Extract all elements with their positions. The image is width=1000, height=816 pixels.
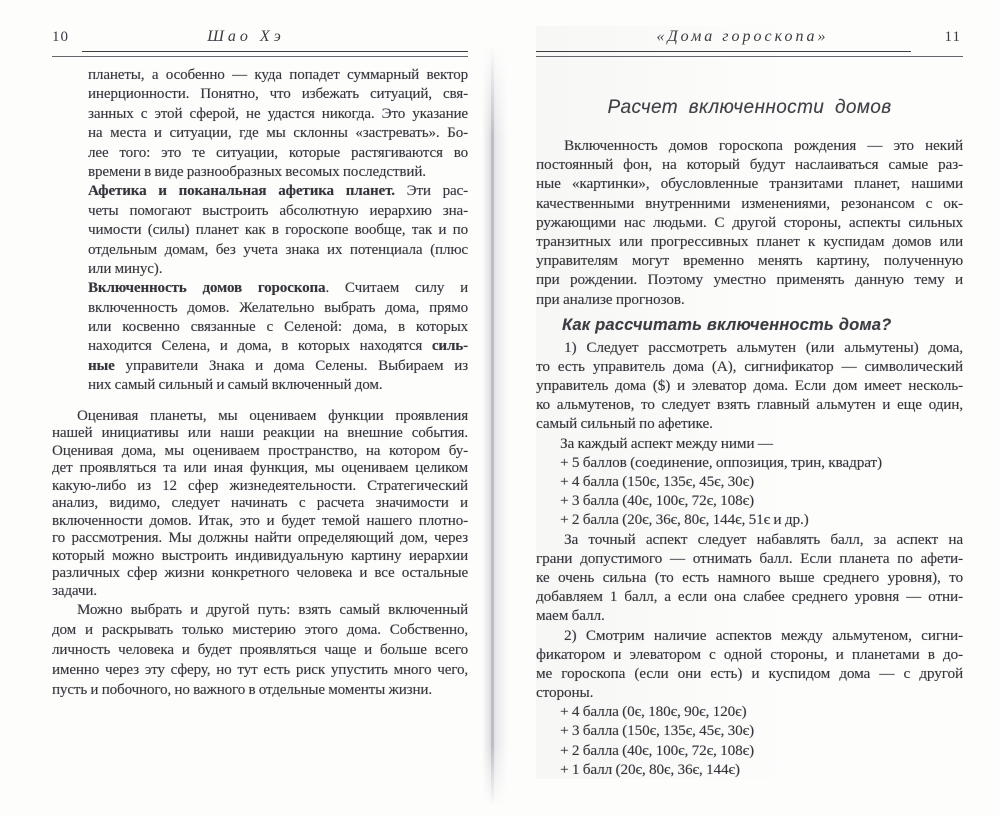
text-line: лее того: это те ситуации, которые растя… [88, 144, 468, 163]
text-block-para: Оценивая планеты, мы оцениваем функции п… [52, 408, 468, 601]
text-line: + 5 баллов (соединение, оппозиция, трин,… [536, 453, 963, 472]
text-line: отдельным домам, без учета знака их поте… [88, 241, 468, 260]
text-line: какую-либо из 12 сфер жизнедеятельности.… [52, 478, 468, 496]
text-line: или минус). [88, 260, 468, 279]
page-right-body: Расчет включенности домовВключенность до… [536, 97, 963, 779]
text-line: анализ, видимо, следует начинать с расче… [52, 495, 468, 513]
header-rule-lower [536, 56, 963, 57]
text-line: постоянный фон, на который будут наслаив… [536, 155, 963, 174]
text-line: на места и ситуации, где мы склонны «зас… [88, 124, 468, 143]
text-line: ко альмутенов, то следует взять главный … [536, 395, 963, 414]
text-block-list: + 4 балла (0є, 180є, 90є, 120є)+ 3 балла… [536, 702, 963, 779]
text-line: времени в виде разнообразных весомых пос… [88, 163, 468, 182]
text-line: Включенность домов гороскопа рождения — … [536, 136, 963, 155]
text-line: го рассмотрения. Мы должны найти определ… [52, 530, 468, 548]
text-line: управитель дома ($) и элеватор дома. Есл… [536, 376, 963, 395]
text-line: ружающими нас людьми. С другой стороны, … [536, 213, 963, 232]
text-line: личность человека и будет проявляться ча… [52, 640, 468, 660]
page-left-header: 10 Шао Хэ [52, 26, 468, 50]
bold-text: ные [88, 358, 115, 374]
text-line: различных сфер жизни конкретного человек… [52, 565, 468, 583]
text-line: четы помогают выстроить абсолютную иерар… [88, 202, 468, 221]
page-right: «Дома гороскопа» 11 Расчет включенности … [536, 26, 963, 779]
text-line: дет проявляться та или иная функция, мы … [52, 460, 468, 478]
bold-text: Включенность домов гороскопа [88, 280, 325, 296]
text-block-para: За точный аспект следует набавлять балл,… [536, 530, 963, 626]
section-subheading: Как рассчитать включенность дома? [536, 316, 963, 338]
text-line: при рождении. Поэтому уместно применять … [536, 270, 963, 289]
text-line: планеты, а особенно — куда попадет сумма… [88, 66, 468, 85]
text-line: включенность домов. Желательно выбрать д… [88, 299, 468, 318]
text-line: 2) Смотрим наличие аспектов между альмут… [536, 626, 963, 645]
text-line: + 4 балла (0є, 180є, 90є, 120є) [536, 702, 963, 721]
text-line: 1) Следует рассмотреть альмутен (или аль… [536, 338, 963, 357]
text-line: именно через эту сферу, но тут есть риск… [52, 660, 468, 680]
header-rule-lower [52, 56, 468, 57]
text-line: или косвенно связанные с Селеной: дома, … [88, 318, 468, 337]
text-segment: управители Знака и дома Селены. Выбираем… [115, 358, 468, 374]
text-line: + 2 балла (20є, 36є, 80є, 144є, 51є и др… [536, 510, 963, 529]
text-line: За каждый аспект между ними — [536, 434, 963, 453]
text-line: Можно выбрать и другой путь: взять самый… [52, 600, 468, 620]
text-segment: находится Селена, и дома, в которых нахо… [88, 338, 432, 354]
text-block-list: За каждый аспект между ними —+ 5 баллов … [536, 434, 963, 530]
text-line: управителям могут временно менять картин… [536, 251, 963, 270]
text-line: Оценивая дома, мы оцениваем пространство… [52, 443, 468, 461]
section-title: Расчет включенности домов [536, 97, 963, 119]
text-line: стороны. [536, 683, 963, 702]
text-line: + 2 балла (40є, 100є, 72є, 108є) [536, 741, 963, 760]
text-line: инерционности. Понятно, что избежать сит… [88, 85, 468, 104]
text-line: дом и раскрывать только мистерию этого д… [52, 620, 468, 640]
text-line: + 3 балла (150є, 135є, 45є, 30є) [536, 721, 963, 740]
text-line: самый сильный по афетике. [536, 414, 963, 433]
text-block-para: 1) Следует рассмотреть альмутен (или аль… [536, 338, 963, 434]
text-line: + 4 балла (150є, 135є, 45є, 30є) [536, 472, 963, 491]
text-block-plain: планеты, а особенно — куда попадет сумма… [88, 66, 468, 182]
text-line: находится Селена, и дома, в которых нахо… [88, 337, 468, 356]
page-number: 11 [945, 29, 961, 46]
text-line: Оценивая планеты, мы оцениваем функции п… [52, 408, 468, 426]
text-block-para: Включенность домов гороскопа рождения — … [536, 136, 963, 309]
page-left-body: планеты, а особенно — куда попадет сумма… [52, 66, 468, 700]
page-right-header: «Дома гороскопа» 11 [536, 26, 963, 50]
text-line: + 3 балла (40є, 100є, 72є, 108є) [536, 491, 963, 510]
text-line: который можно выстроить индивидуальную к… [52, 548, 468, 566]
text-line: ме гороскопа (если они есть) и куспидом … [536, 664, 963, 683]
text-line: включенности домов. Итак, это и будет те… [52, 513, 468, 531]
text-line: занных с этой сферой, не удастся никогда… [88, 105, 468, 124]
text-line: нашей инициативы или наши реакции на вне… [52, 425, 468, 443]
text-line: грани допустимого — отнимать балл. Если … [536, 549, 963, 568]
text-line: них самый сильный и самый включенный дом… [88, 376, 468, 395]
text-line: транзитных или прогрессивных планет к ку… [536, 232, 963, 251]
page-gutter-shadow [482, 46, 508, 806]
text-line: пусть и побочного, но важного в отдельны… [52, 680, 468, 700]
text-line: то есть управитель дома (А), сигнификато… [536, 357, 963, 376]
text-line: маем балл. [536, 606, 963, 625]
header-rule-upper [82, 51, 468, 52]
text-block-numbered: Включенность домов гороскопа. Считаем си… [88, 279, 468, 395]
text-line: За точный аспект следует набавлять балл,… [536, 530, 963, 549]
running-head: «Дома гороскопа» [529, 26, 956, 46]
text-line: добавляем 1 балл, а если она слабее сред… [536, 587, 963, 606]
text-line: при анализе прогнозов. [536, 290, 963, 309]
text-line: ные управители Знака и дома Селены. Выби… [88, 357, 468, 376]
running-head: Шао Хэ [38, 26, 454, 46]
text-line: качественными внутренними изменениями, р… [536, 194, 963, 213]
text-line: ные «картинки», обусловленные транзитами… [536, 174, 963, 193]
text-line: чимости (силы) планет как в гороскопе во… [88, 221, 468, 240]
text-line: + 1 балл (20є, 80є, 36є, 144є) [536, 760, 963, 779]
text-block-para: Можно выбрать и другой путь: взять самый… [52, 600, 468, 700]
text-segment: . Считаем силу и [325, 280, 468, 296]
header-rule-upper [536, 51, 911, 52]
page-left: 10 Шао Хэ планеты, а особенно — куда поп… [30, 26, 468, 700]
text-line: ке очень сильна (то есть намного выше ср… [536, 568, 963, 587]
text-block-numbered: Афетика и поканальная афетика планет. Эт… [88, 182, 468, 279]
bold-text: Афетика и поканальная афетика планет. [88, 183, 395, 199]
bold-text: силь- [432, 338, 468, 354]
text-block-para: 2) Смотрим наличие аспектов между альмут… [536, 626, 963, 703]
text-line: задачи. [52, 583, 468, 601]
text-line: Включенность домов гороскопа. Считаем си… [88, 279, 468, 298]
text-line: Афетика и поканальная афетика планет. Эт… [88, 182, 468, 201]
text-segment: Эти рас- [395, 183, 468, 199]
text-line: фикатором и элеватором с одной стороны, … [536, 645, 963, 664]
